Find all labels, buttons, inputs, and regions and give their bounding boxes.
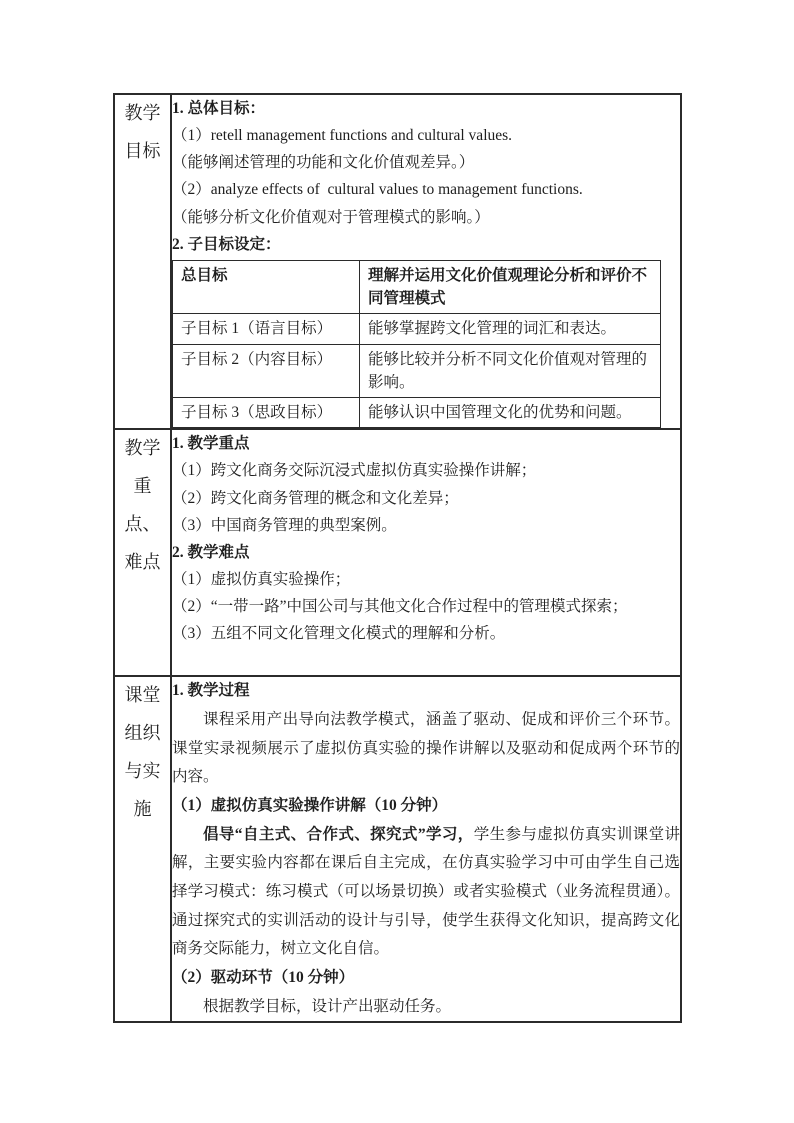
- section-label-teaching-objectives: 教学 目标: [114, 94, 171, 429]
- section-teaching-objectives: 教学 目标 1. 总体目标： （1）retell management func…: [114, 94, 681, 429]
- section-label-line: 教学: [115, 430, 170, 468]
- subgoal-2-value: 能够比较并分析不同文化价值观对管理的影响。: [360, 344, 661, 398]
- key-point-item-1: （1）跨文化商务交际沉浸式虚拟仿真实验操作讲解；: [172, 457, 680, 484]
- subgoal-1-value: 能够掌握跨文化管理的词汇和表达。: [360, 314, 661, 344]
- subgoal-header-value: 理解并运用文化价值观理论分析和评价不同管理模式: [360, 260, 661, 314]
- section-label-line: 点、: [115, 506, 170, 544]
- difficult-point-item-1: （1）虚拟仿真实验操作；: [172, 566, 680, 593]
- goal-item-en-2: （2）analyze effects of cultural values to…: [172, 176, 680, 203]
- difficult-points-heading: 2. 教学难点: [172, 539, 680, 566]
- section-label-line: 重: [115, 468, 170, 506]
- subgoal-header-label: 总目标: [173, 260, 360, 314]
- goal-item-en-1: （1）retell management functions and cultu…: [172, 122, 680, 149]
- subgoal-table-row-2: 子目标 2（内容目标） 能够比较并分析不同文化价值观对管理的影响。: [173, 344, 661, 398]
- key-point-item-3: （3）中国商务管理的典型案例。: [172, 512, 680, 539]
- step-1-body: 学生参与虚拟仿真实训课堂讲解，主要实验内容都在课后自主完成，在仿真实验学习中可由…: [172, 826, 680, 958]
- section-key-difficult-points: 教学 重 点、 难点 1. 教学重点 （1）跨文化商务交际沉浸式虚拟仿真实验操作…: [114, 429, 681, 676]
- section-label-line: 与实: [115, 753, 170, 791]
- step-2-heading: （2）驱动环节（10 分钟）: [172, 964, 680, 993]
- section-label-line: 教学: [115, 95, 170, 133]
- section-label-line: 组织: [115, 715, 170, 753]
- subgoal-table-header-row: 总目标 理解并运用文化价值观理论分析和评价不同管理模式: [173, 260, 661, 314]
- subgoal-heading: 2. 子目标设定：: [172, 231, 680, 258]
- step-1-lead-bold: 倡导“自主式、合作式、探究式”学习，: [203, 826, 474, 843]
- overall-goal-heading: 1. 总体目标：: [172, 95, 680, 122]
- step-1-paragraph: 倡导“自主式、合作式、探究式”学习，学生参与虚拟仿真实训课堂讲解，主要实验内容都…: [172, 821, 680, 964]
- section-label-line: 难点: [115, 544, 170, 582]
- section-content-teaching-objectives: 1. 总体目标： （1）retell management functions …: [171, 94, 681, 429]
- goal-item-cn-2: （能够分析文化价值观对于管理模式的影响。）: [172, 204, 680, 231]
- difficult-point-item-2: （2）“一带一路”中国公司与其他文化合作过程中的管理模式探索；: [172, 593, 680, 620]
- subgoal-table-row-3: 子目标 3（思政目标） 能够认识中国管理文化的优势和问题。: [173, 398, 661, 428]
- section-label-line: 目标: [115, 133, 170, 171]
- goal-item-cn-1: （能够阐述管理的功能和文化价值观差异。）: [172, 149, 680, 176]
- subgoal-2-label: 子目标 2（内容目标）: [173, 344, 360, 398]
- difficult-point-item-3: （3）五组不同文化管理文化模式的理解和分析。: [172, 620, 680, 647]
- section-content-classroom-organization: 1. 教学过程 课程采用产出导向法教学模式，涵盖了驱动、促成和评价三个环节。课堂…: [171, 676, 681, 1022]
- lesson-plan-table: 教学 目标 1. 总体目标： （1）retell management func…: [113, 93, 682, 1023]
- teaching-process-heading: 1. 教学过程: [172, 677, 680, 706]
- section-classroom-organization: 课堂 组织 与实 施 1. 教学过程 课程采用产出导向法教学模式，涵盖了驱动、促…: [114, 676, 681, 1022]
- key-point-item-2: （2）跨文化商务管理的概念和文化差异；: [172, 485, 680, 512]
- section-label-line: 施: [115, 791, 170, 829]
- subgoal-table: 总目标 理解并运用文化价值观理论分析和评价不同管理模式 子目标 1（语言目标） …: [172, 260, 661, 429]
- step-1-heading: （1）虚拟仿真实验操作讲解（10 分钟）: [172, 792, 680, 821]
- section-label-line: 课堂: [115, 677, 170, 715]
- key-points-heading: 1. 教学重点: [172, 430, 680, 457]
- subgoal-3-value: 能够认识中国管理文化的优势和问题。: [360, 398, 661, 428]
- teaching-process-intro: 课程采用产出导向法教学模式，涵盖了驱动、促成和评价三个环节。课堂实录视频展示了虚…: [172, 706, 680, 792]
- subgoal-1-label: 子目标 1（语言目标）: [173, 314, 360, 344]
- section-content-key-difficult-points: 1. 教学重点 （1）跨文化商务交际沉浸式虚拟仿真实验操作讲解； （2）跨文化商…: [171, 429, 681, 676]
- subgoal-3-label: 子目标 3（思政目标）: [173, 398, 360, 428]
- document-page: 教学 目标 1. 总体目标： （1）retell management func…: [0, 0, 794, 1123]
- section-label-classroom-organization: 课堂 组织 与实 施: [114, 676, 171, 1022]
- section-label-key-difficult-points: 教学 重 点、 难点: [114, 429, 171, 676]
- step-2-paragraph: 根据教学目标，设计产出驱动任务。: [172, 993, 680, 1022]
- subgoal-table-row-1: 子目标 1（语言目标） 能够掌握跨文化管理的词汇和表达。: [173, 314, 661, 344]
